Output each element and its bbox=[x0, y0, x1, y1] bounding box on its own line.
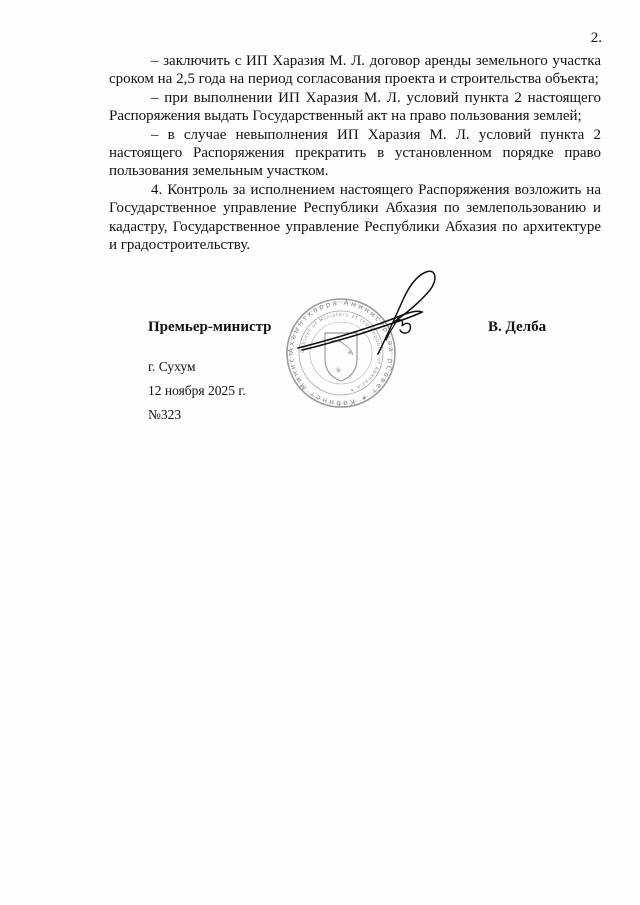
document-page: 2. – заключить с ИП Харазия М. Л. догово… bbox=[0, 0, 640, 905]
signer-position: Премьер-министр bbox=[148, 319, 272, 336]
document-date: 12 ноября 2025 г. bbox=[148, 383, 246, 399]
handwritten-signature-icon bbox=[290, 268, 450, 378]
signature-block: Ахәынтқарра Аминистрцәа рСовет ✦ Кабинет… bbox=[0, 0, 640, 905]
document-number: №323 bbox=[148, 407, 181, 423]
signer-name: В. Делба bbox=[488, 319, 546, 336]
document-place: г. Сухум bbox=[148, 359, 196, 375]
